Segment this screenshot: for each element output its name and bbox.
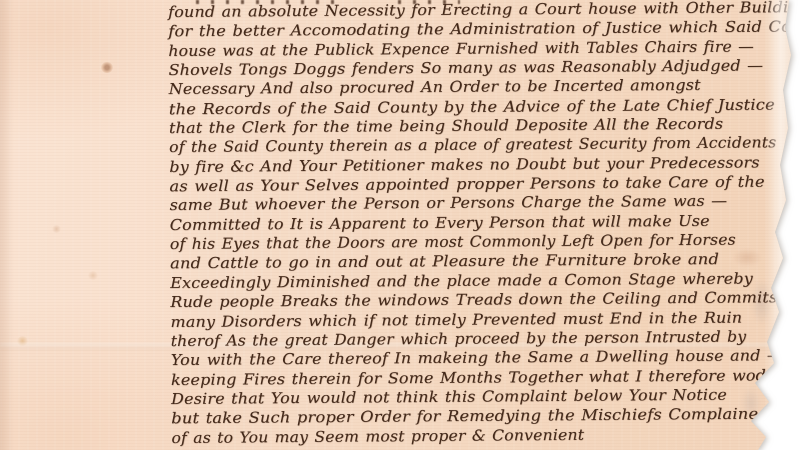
manuscript-line: of as to You may Seem most proper & Conv… <box>171 424 795 448</box>
manuscript-paper: found an absolute Necessity for Erecting… <box>0 0 800 450</box>
paper-stain <box>17 336 28 346</box>
paper-stain <box>101 62 113 73</box>
manuscript-scan: found an absolute Necessity for Erecting… <box>0 0 800 450</box>
paper-shadow: found an absolute Necessity for Erecting… <box>0 0 800 450</box>
paper-stain <box>88 271 98 280</box>
manuscript-text: found an absolute Necessity for Erecting… <box>168 0 771 448</box>
paper-stain <box>52 225 61 233</box>
